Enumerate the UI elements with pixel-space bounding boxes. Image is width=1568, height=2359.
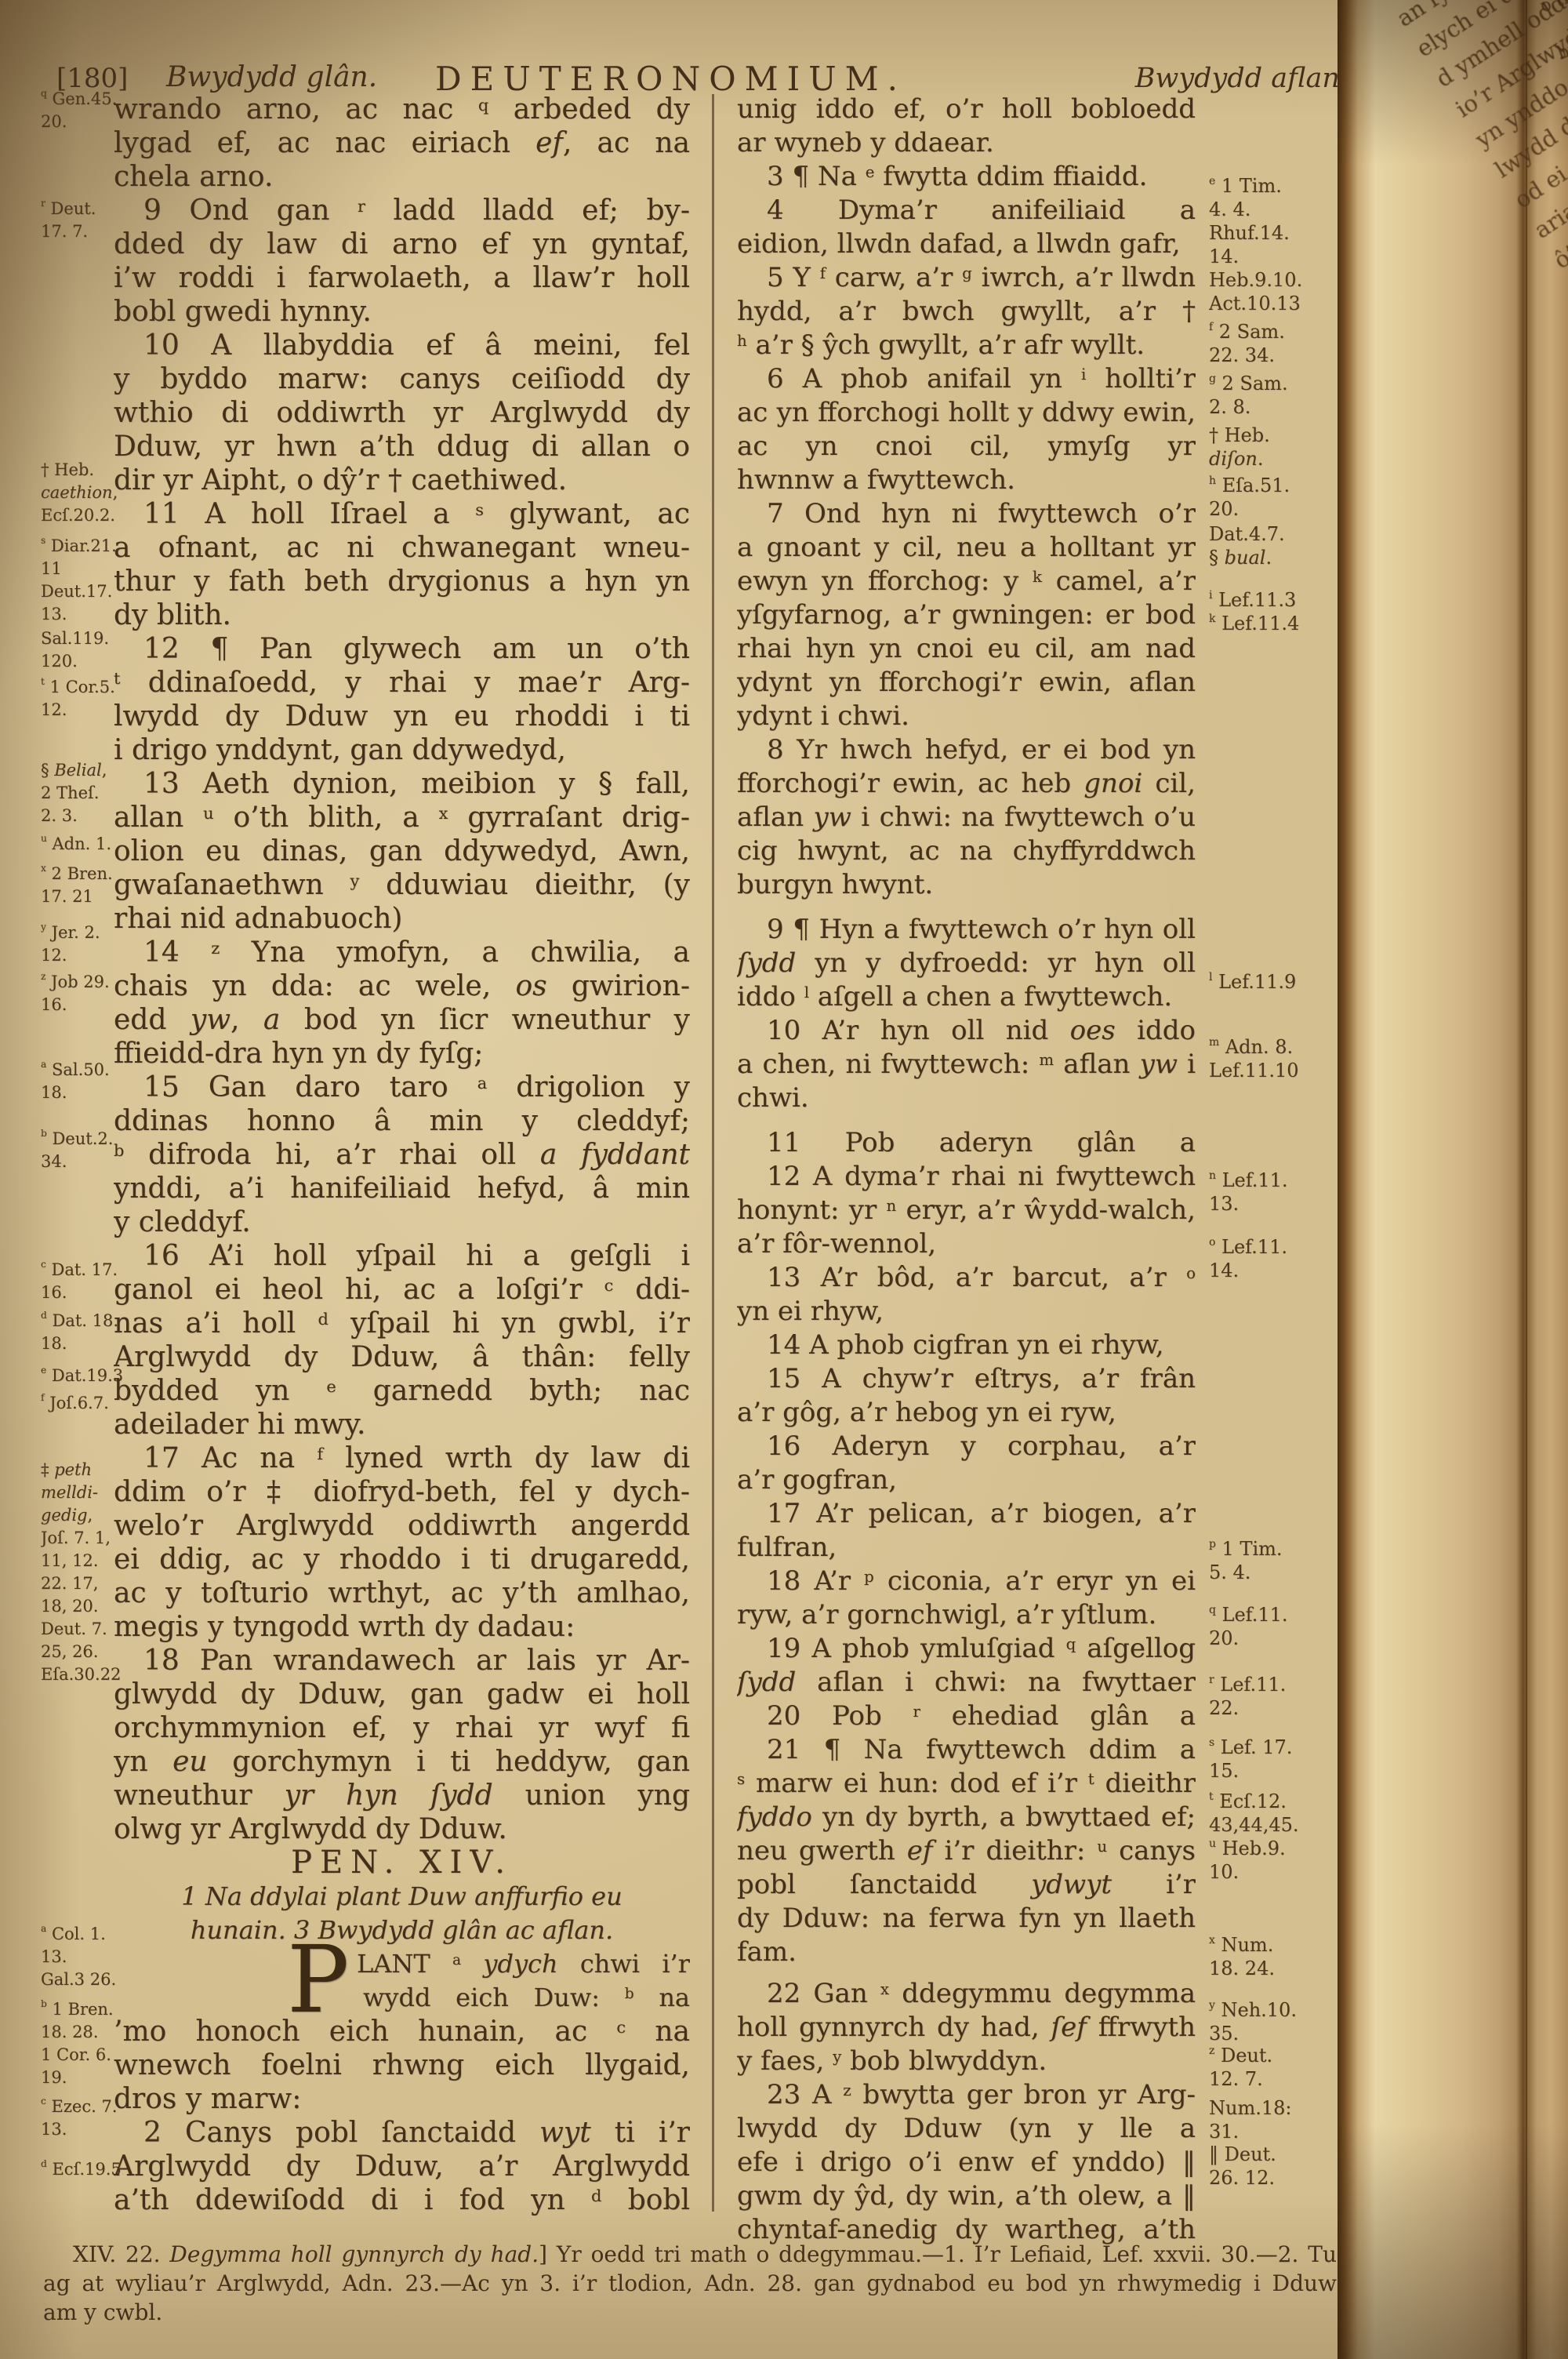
footnote: XIV. 22. Degymma holl gynnyrch dy had.] …: [43, 2240, 1337, 2327]
margin-note: t Ecſ.12.43,44,45.: [1209, 1790, 1346, 1837]
margin-note: Dat.4.7.§ bual.: [1209, 522, 1346, 569]
curl-sliver: o’thbyrthArg-na ſdy la8iddoddigarno:9gwn…: [1526, 0, 1568, 2359]
text-line: XIV. 22. Degymma holl gynnyrch dy had.] …: [43, 2240, 1337, 2269]
margin-note: q Lef.11.20.: [1209, 1603, 1346, 1650]
margin-note: u Heb.9.10.: [1209, 1837, 1346, 1884]
scanned-book-page: [180] Bwydydd glân. DEUTERONOMIUM. Bwydy…: [0, 0, 1568, 2359]
margin-note: ‖ Deut.26. 12.: [1209, 2143, 1346, 2190]
text-line: ag at wyliau’r Arglwydd, Adn. 23.—Ac yn …: [43, 2269, 1337, 2298]
margin-note: f 2 Sam.22. 34.: [1209, 320, 1346, 367]
margin-note: z Deut.12. 7.: [1209, 2044, 1346, 2091]
right-margin-notes: e 1 Tim.4. 4.Rhuf.14.14.Heb.9.10.Act.10.…: [0, 0, 1568, 2359]
margin-note: y Neh.10.35.: [1209, 1998, 1346, 2045]
margin-note: Num.18:31.: [1209, 2096, 1346, 2143]
margin-note: † Heb.diſon.: [1209, 423, 1346, 471]
curl-sliver-text: o’thbyrthArg-na ſdy la8iddoddigarno:9gwn…: [1533, 0, 1568, 2248]
margin-note: p 1 Tim.5. 4.: [1209, 1537, 1346, 1584]
margin-note: m Adn. 8.Lef.11.10: [1209, 1035, 1346, 1082]
margin-note: l Lef.11.9: [1209, 970, 1346, 994]
margin-note: e 1 Tim.4. 4.Rhuf.14.14.Heb.9.10.Act.10.…: [1209, 174, 1346, 315]
margin-note: h Eſa.51.20.: [1209, 474, 1346, 521]
text-line: am y cwbl.: [43, 2298, 1337, 2327]
margin-note: n Lef.11.13.: [1209, 1169, 1346, 1216]
chapter-drop-cap: P: [287, 1946, 349, 2013]
margin-note: x Num.18. 24.: [1209, 1933, 1346, 1980]
margin-note: r Lef.11.22.: [1209, 1673, 1346, 1720]
margin-note: o Lef.11.14.: [1209, 1235, 1346, 1282]
margin-note: s Lef. 17.15.: [1209, 1736, 1346, 1783]
margin-note: i Lef.11.3k Lef.11.4: [1209, 588, 1346, 635]
margin-note: g 2 Sam.2. 8.: [1209, 372, 1346, 419]
next-page-curl: fel y dyſgech ofni’rDduw † bob amſer.an …: [1338, 0, 1568, 2359]
